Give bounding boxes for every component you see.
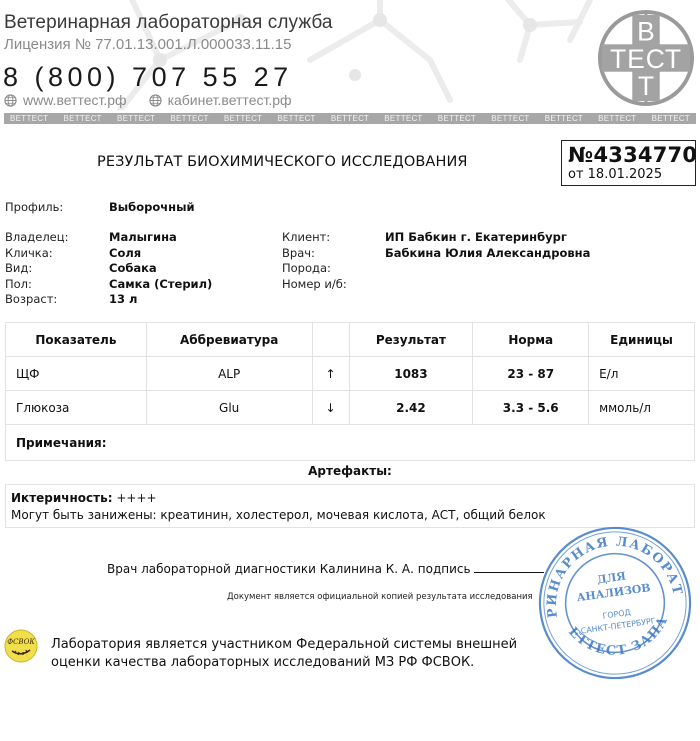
table-header-row: Показатель Аббревиатура Результат Норма … [6, 323, 695, 357]
result-value: 1083 [349, 357, 473, 391]
cabinet-link[interactable]: кабинет.веттест.рф [168, 92, 292, 108]
brand-strip: ВЕТТЕСТВЕТТЕСТВЕТТЕСТВЕТТЕСТВЕТТЕСТВЕТТЕ… [4, 113, 696, 124]
artifacts-note: Могут быть занижены: креатинин, холестер… [11, 507, 689, 524]
col-header-indicator: Показатель [6, 323, 147, 357]
table-row: Глюкоза Glu ↓ 2.42 3.3 - 5.6 ммоль/л [6, 391, 695, 425]
brand-strip-word: ВЕТТЕСТ [63, 114, 101, 123]
indicator-name: Глюкоза [6, 391, 147, 425]
breed-label: Порода: [282, 261, 331, 277]
doctor-value: Бабкина Юлия Александровна [385, 246, 590, 262]
table-row: ЩФ ALP ↑ 1083 23 - 87 Е/л [6, 357, 695, 391]
brand-strip-word: ВЕТТЕСТ [491, 114, 529, 123]
brand-strip-word: ВЕТТЕСТ [224, 114, 262, 123]
profile-value: Выборочный [109, 200, 195, 216]
norm-range: 3.3 - 5.6 [473, 391, 589, 425]
col-header-abbreviation: Аббревиатура [146, 323, 312, 357]
signature-line: Врач лабораторной диагностики Калинина К… [107, 562, 544, 576]
official-copy-note: Документ является официальной копией рез… [227, 592, 533, 602]
age-value: 13 л [109, 292, 137, 308]
document-date: от 18.01.2025 [568, 167, 689, 183]
indicator-name: ЩФ [6, 357, 147, 391]
globe-icon [149, 94, 162, 107]
website-links: www.веттест.рф кабинет.веттест.рф [4, 92, 308, 108]
svg-text:В: В [637, 16, 655, 46]
svg-text:ТЕСТ: ТЕСТ [610, 44, 682, 74]
species-label: Вид: [5, 261, 32, 277]
svg-text:ГОРОД: ГОРОД [602, 608, 631, 621]
arrow-up-icon: ↑ [312, 357, 349, 391]
brand-strip-word: ВЕТТЕСТ [170, 114, 208, 123]
pet-name-label: Кличка: [5, 246, 53, 262]
brand-strip-word: ВЕТТЕСТ [10, 114, 48, 123]
profile-label: Профиль: [5, 200, 63, 216]
vettest-logo: В ТЕСТ Т [597, 9, 695, 107]
phone-number: 8 (800) 707 55 27 [3, 62, 293, 93]
svg-text:АНАЛИЗОВ: АНАЛИЗОВ [576, 581, 651, 604]
results-table: Показатель Аббревиатура Результат Норма … [5, 322, 695, 461]
col-header-flag [312, 323, 349, 357]
lab-stamp: ВЕТЕРИНАРНАЯ ЛАБОРАТОРИЯ «ВЕТТЕСТ ЗАПАД»… [536, 524, 694, 682]
client-value: ИП Бабкин г. Екатеринбург [385, 230, 567, 246]
icterus-level: ++++ [116, 491, 156, 505]
sex-value: Самка (Стерил) [109, 277, 212, 293]
units: Е/л [589, 357, 695, 391]
document-title: РЕЗУЛЬТАТ БИОХИМИЧЕСКОГО ИССЛЕДОВАНИЯ [97, 154, 468, 170]
fsvok-participation-text: Лаборатория является участником Федераль… [51, 636, 517, 672]
arrow-down-icon: ↓ [312, 391, 349, 425]
owner-label: Владелец: [5, 230, 68, 246]
license-number: Лицензия № 77.01.13.001.Л.000033.11.15 [4, 36, 291, 53]
svg-text:ФСВОК: ФСВОК [7, 638, 35, 646]
brand-strip-word: ВЕТТЕСТ [652, 114, 690, 123]
norm-range: 23 - 87 [473, 357, 589, 391]
signature-text: Врач лабораторной диагностики Калинина К… [107, 562, 471, 576]
client-label: Клиент: [282, 230, 330, 246]
fsvok-logo: ФСВОК [4, 629, 38, 663]
fsvok-line-2: оценки качества лабораторных исследовани… [51, 654, 517, 672]
case-number-label: Номер и/б: [282, 277, 347, 293]
website-link[interactable]: www.веттест.рф [23, 92, 127, 108]
artifacts-title: Артефакты: [0, 464, 700, 478]
signature-blank [474, 563, 544, 573]
fsvok-line-1: Лаборатория является участником Федераль… [51, 636, 517, 654]
units: ммоль/л [589, 391, 695, 425]
col-header-norm: Норма [473, 323, 589, 357]
result-value: 2.42 [349, 391, 473, 425]
brand-strip-word: ВЕТТЕСТ [598, 114, 636, 123]
age-label: Возраст: [5, 292, 57, 308]
document-number: №4334770 [568, 143, 689, 167]
brand-strip-word: ВЕТТЕСТ [438, 114, 476, 123]
pet-name-value: Соля [109, 246, 141, 262]
artifacts-box: Иктеричность: ++++ Могут быть занижены: … [5, 484, 695, 528]
document-number-box: №4334770 от 18.01.2025 [561, 140, 696, 186]
brand-strip-word: ВЕТТЕСТ [117, 114, 155, 123]
brand-strip-word: ВЕТТЕСТ [384, 114, 422, 123]
globe-icon [4, 94, 17, 107]
brand-strip-word: ВЕТТЕСТ [331, 114, 369, 123]
indicator-abbr: ALP [146, 357, 312, 391]
brand-strip-word: ВЕТТЕСТ [277, 114, 315, 123]
icterus-label: Иктеричность: [11, 491, 113, 505]
svg-text:Т: Т [638, 71, 654, 101]
doctor-label: Врач: [282, 246, 315, 262]
indicator-abbr: Glu [146, 391, 312, 425]
col-header-result: Результат [349, 323, 473, 357]
notes-row: Примечания: [6, 425, 695, 461]
species-value: Собака [109, 261, 157, 277]
brand-strip-word: ВЕТТЕСТ [545, 114, 583, 123]
sex-label: Пол: [5, 277, 32, 293]
notes-label: Примечания: [6, 425, 695, 461]
owner-value: Малыгина [109, 230, 177, 246]
letterhead: Ветеринарная лабораторная служба Лицензи… [0, 0, 700, 128]
col-header-units: Единицы [589, 323, 695, 357]
lab-name: Ветеринарная лабораторная служба [4, 12, 333, 34]
